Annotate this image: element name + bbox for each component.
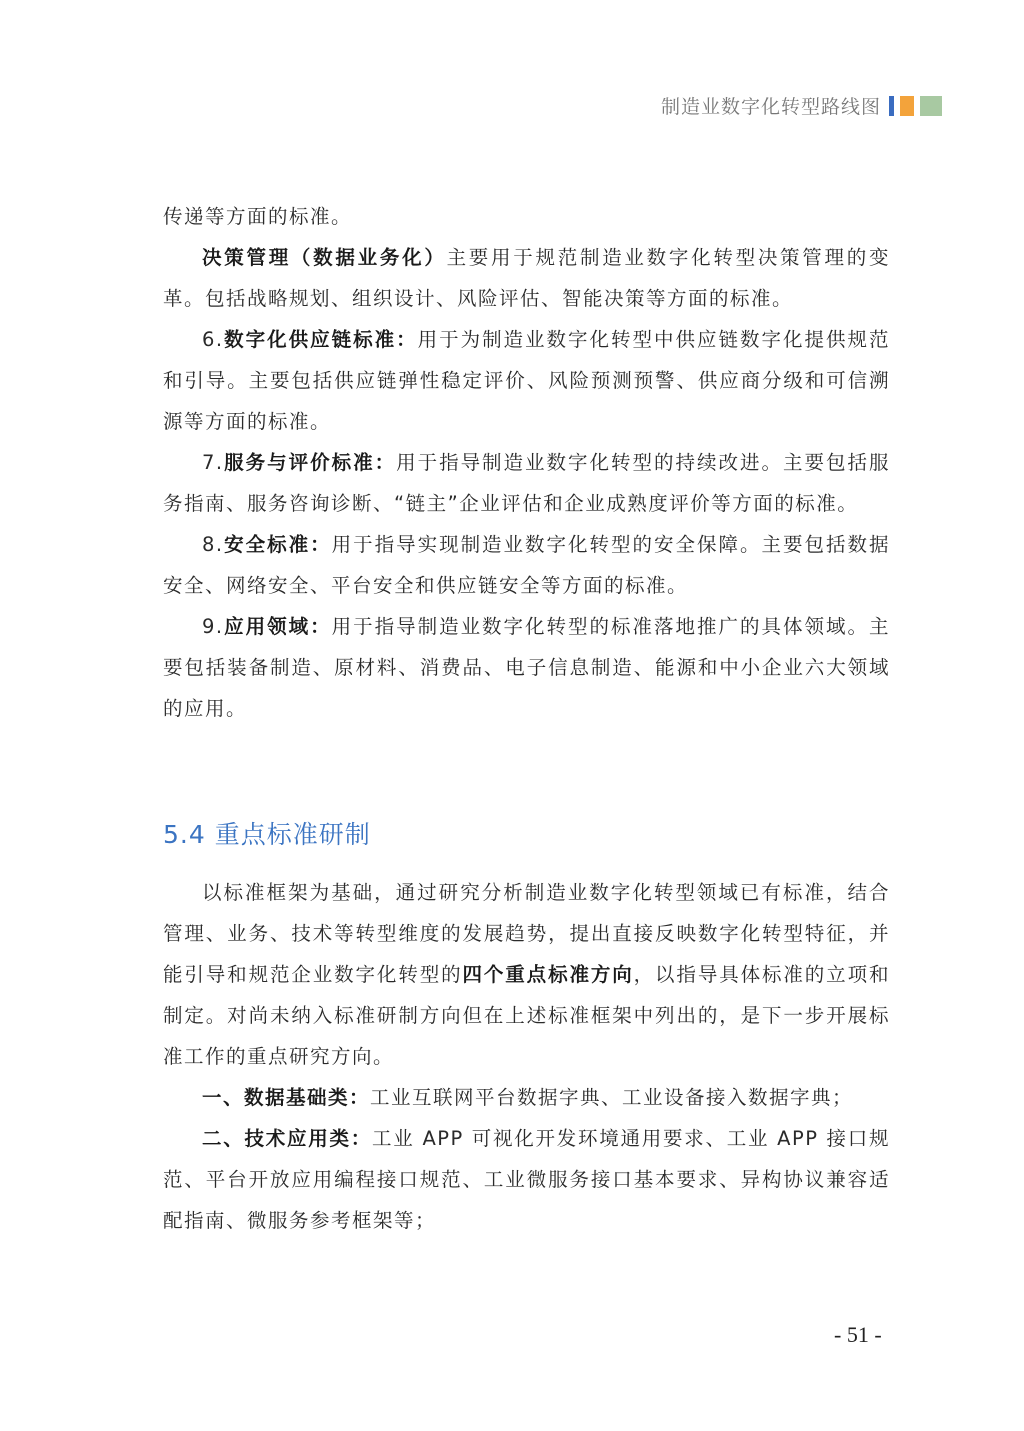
item-number: 7. bbox=[202, 451, 224, 474]
section-body: 以标准框架为基础，通过研究分析制造业数字化转型领域已有标准，结合管理、业务、技术… bbox=[163, 872, 890, 1241]
direction-item-1: 一、数据基础类：工业互联网平台数据字典、工业设备接入数据字典； bbox=[163, 1077, 890, 1118]
direction-label: 一、数据基础类： bbox=[202, 1086, 370, 1109]
direction-item-2: 二、技术应用类：工业 APP 可视化开发环境通用要求、工业 APP 接口规范、平… bbox=[163, 1118, 890, 1241]
item-number: 9. bbox=[202, 615, 224, 638]
item-number: 8. bbox=[202, 533, 224, 556]
term-label: 应用领域： bbox=[224, 615, 332, 638]
paragraph-item-9: 9.应用领域：用于指导制造业数字化转型的标准落地推广的具体领域。主要包括装备制造… bbox=[163, 606, 890, 729]
accent-bar-orange bbox=[900, 96, 914, 116]
paragraph-decision-management: 决策管理（数据业务化）主要用于规范制造业数字化转型决策管理的变革。包括战略规划、… bbox=[163, 237, 890, 319]
direction-text: 工业互联网平台数据字典、工业设备接入数据字典； bbox=[370, 1086, 853, 1109]
paragraph-item-8: 8.安全标准：用于指导实现制造业数字化转型的安全保障。主要包括数据安全、网络安全… bbox=[163, 524, 890, 606]
body-text: 传递等方面的标准。 决策管理（数据业务化）主要用于规范制造业数字化转型决策管理的… bbox=[163, 196, 890, 729]
paragraph-continuation: 传递等方面的标准。 bbox=[163, 196, 890, 237]
term-label: 数字化供应链标准： bbox=[224, 328, 418, 351]
paragraph-item-6: 6.数字化供应链标准：用于为制造业数字化转型中供应链数字化提供规范和引导。主要包… bbox=[163, 319, 890, 442]
paragraph-item-7: 7.服务与评价标准：用于指导制造业数字化转型的持续改进。主要包括服务指南、服务咨… bbox=[163, 442, 890, 524]
paragraph-text: 传递等方面的标准。 bbox=[163, 205, 352, 228]
intro-bold: 四个重点标准方向 bbox=[463, 963, 634, 986]
accent-bar-green bbox=[920, 96, 942, 116]
section-heading-wrap: 5.4 重点标准研制 bbox=[163, 815, 371, 851]
term-label: 服务与评价标准： bbox=[224, 451, 396, 474]
section-heading: 5.4 重点标准研制 bbox=[163, 815, 371, 851]
running-header: 制造业数字化转型路线图 bbox=[661, 92, 942, 119]
item-number: 6. bbox=[202, 328, 224, 351]
accent-bar-blue bbox=[889, 96, 894, 116]
term-label: 安全标准： bbox=[224, 533, 332, 556]
document-title: 制造业数字化转型路线图 bbox=[661, 92, 881, 119]
page-number: - 51 - bbox=[834, 1322, 882, 1348]
direction-label: 二、技术应用类： bbox=[202, 1127, 372, 1150]
term-label: 决策管理（数据业务化） bbox=[202, 246, 447, 269]
section-intro: 以标准框架为基础，通过研究分析制造业数字化转型领域已有标准，结合管理、业务、技术… bbox=[163, 872, 890, 1077]
